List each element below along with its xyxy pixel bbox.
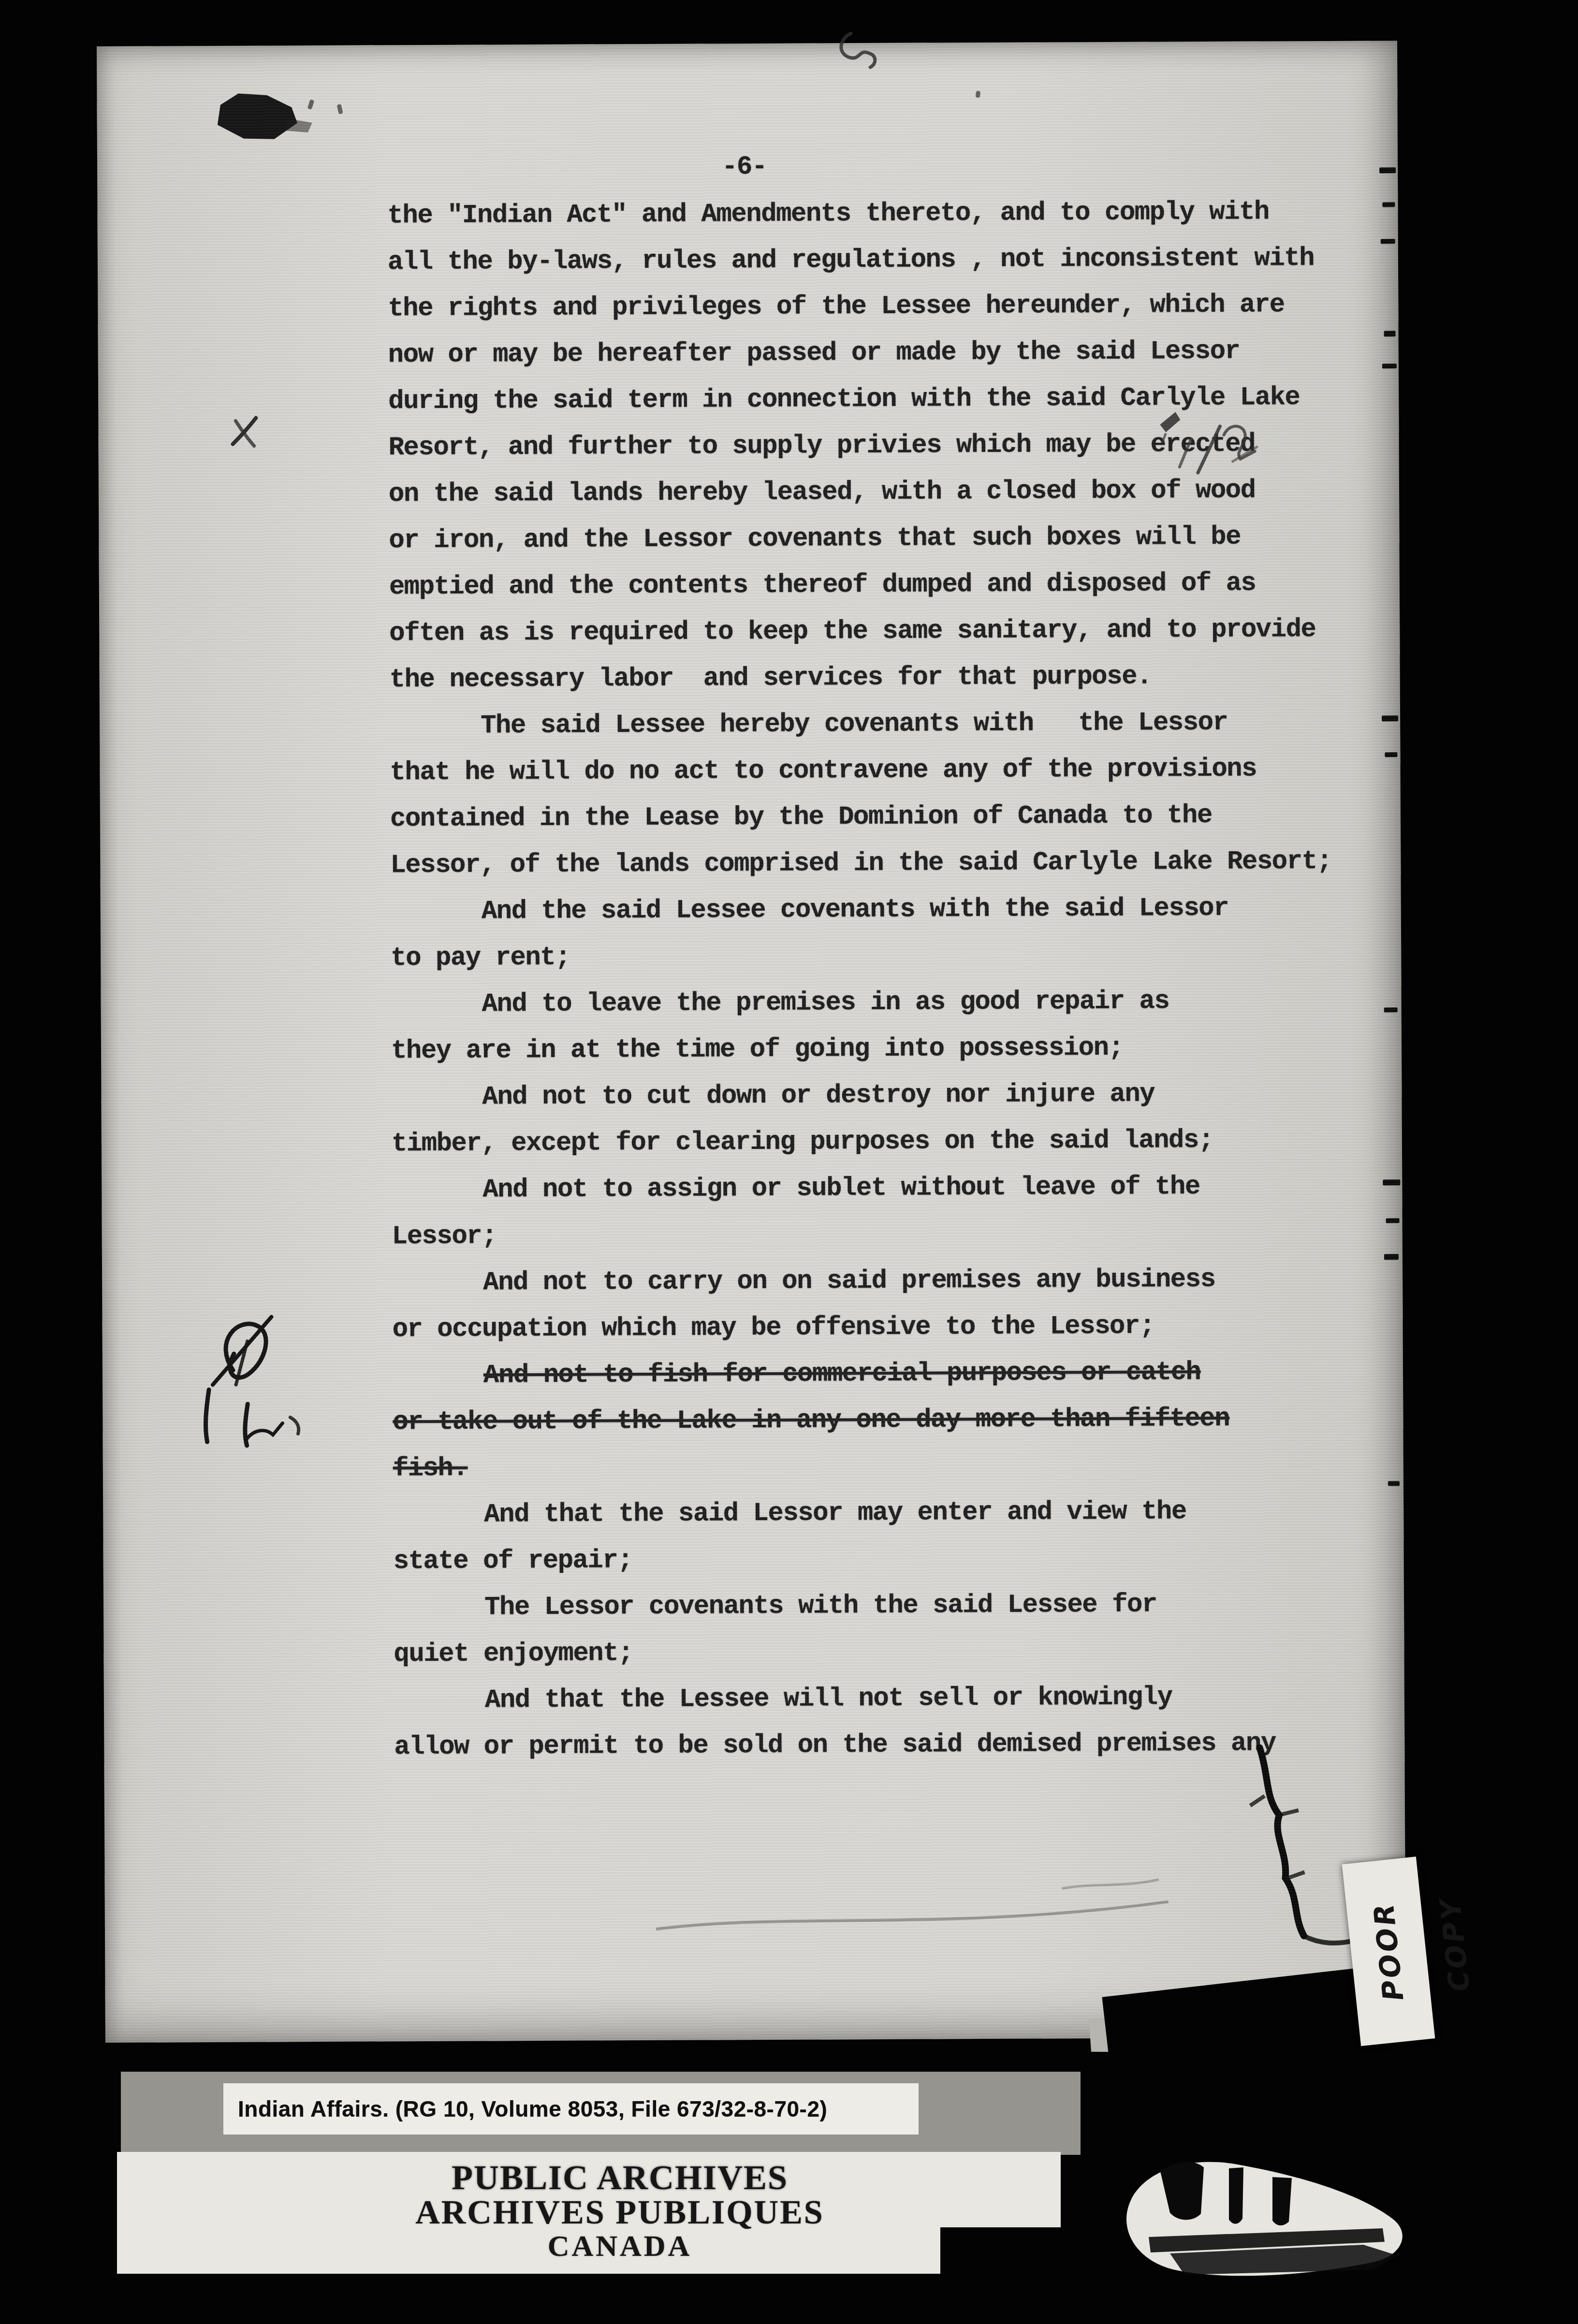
typed-line-1: the "Indian Act" and Amendments thereto,…	[387, 199, 1269, 230]
page-edge-tick	[1381, 239, 1395, 244]
typed-line-25: or occupation which may be offensive to …	[392, 1313, 1154, 1344]
stamp-paper-notch	[940, 2227, 1066, 2276]
typed-line-33: And that the Lessee will not sell or kno…	[485, 1684, 1172, 1714]
reference-label-text: Indian Affairs. (RG 10, Volume 8053, Fil…	[223, 2083, 919, 2135]
poor-copy-text: POOR COPY	[1346, 1862, 1431, 2041]
crease-line	[646, 1874, 1179, 1944]
typed-line-14: contained in the Lease by the Dominion o…	[390, 802, 1212, 833]
typed-line-17: to pay rent;	[391, 944, 570, 973]
typed-line-32: quiet enjoyment;	[394, 1640, 633, 1669]
page-edge-tick	[1384, 1254, 1399, 1260]
microfilm-background: -6- the "Indian Act" and Amendments ther…	[0, 0, 1578, 2324]
typed-line-6: Resort, and further to supply privies wh…	[389, 431, 1256, 463]
page-edge-tick	[1384, 1007, 1398, 1012]
typed-line-13: that he will do no act to contravene any…	[390, 756, 1257, 787]
typed-line-7: on the said lands hereby leased, with a …	[389, 478, 1256, 509]
typed-line-8: or iron, and the Lessor covenants that s…	[389, 524, 1241, 555]
typed-line-24: And not to carry on on said premises any…	[483, 1266, 1215, 1297]
stamp-line-archives-publiques: ARCHIVES PUBLIQUES	[165, 2195, 1074, 2230]
typed-line-15: Lessor, of the lands comprised in the sa…	[390, 848, 1331, 880]
typed-line-30: state of repair;	[394, 1547, 633, 1576]
typed-line-12: The said Lessee hereby covenants with th…	[481, 710, 1227, 740]
typed-line-10: often as is required to keep the same sa…	[389, 616, 1315, 648]
typed-line-20: And not to cut down or destroy nor injur…	[482, 1081, 1154, 1111]
paper-fiber-curl	[836, 29, 894, 77]
typed-line-9: emptied and the contents thereof dumped …	[389, 570, 1256, 602]
archives-stamp: PUBLIC ARCHIVES ARCHIVES PUBLIQUES CANAD…	[165, 2160, 1074, 2262]
page-edge-tick	[1382, 202, 1395, 207]
typed-line-34: allow or permit to be sold on the said d…	[394, 1730, 1276, 1761]
ink-speck	[976, 91, 981, 98]
stamp-line-public-archives: PUBLIC ARCHIVES	[165, 2160, 1074, 2195]
handwritten-x-mark	[228, 414, 276, 462]
typed-line-29: And that the said Lessor may enter and v…	[484, 1498, 1186, 1529]
typed-line-11: the necessary labor and services for tha…	[390, 663, 1152, 694]
reference-label: Indian Affairs. (RG 10, Volume 8053, Fil…	[223, 2083, 919, 2135]
page-edge-tick	[1388, 1481, 1400, 1486]
typed-line-26: And not to fish for commercial purposes …	[483, 1359, 1201, 1390]
page-edge-tick	[1385, 752, 1397, 757]
page-edge-tick	[1383, 1179, 1400, 1185]
typed-line-31: The Lessor covenants with the said Lesse…	[484, 1591, 1157, 1622]
page-edge-tick	[1386, 1218, 1400, 1223]
film-edge-artifact	[1102, 2127, 1431, 2301]
typed-line-22: And not to assign or sublet without leav…	[482, 1174, 1200, 1204]
typed-body: the "Indian Act" and Amendments thereto,…	[97, 41, 1397, 46]
typed-line-27: or take out of the Lake in any one day m…	[393, 1406, 1229, 1437]
page-edge-tick	[1384, 331, 1396, 336]
typed-line-3: the rights and privileges of the Lessee …	[388, 291, 1285, 323]
page-edge-tick	[1379, 167, 1396, 173]
page-edge-tick	[1382, 715, 1398, 721]
typed-line-18: And to leave the premises in as good rep…	[482, 988, 1169, 1018]
handwritten-initials-scrawl	[189, 1312, 335, 1467]
pencil-annotation	[1151, 405, 1277, 492]
page-edge-tick	[1382, 363, 1397, 368]
typed-line-19: they are in at the time of going into po…	[391, 1035, 1124, 1065]
typed-line-4: now or may be hereafter passed or made b…	[388, 338, 1240, 369]
document-page: -6- the "Indian Act" and Amendments ther…	[97, 41, 1406, 2043]
typed-line-16: And the said Lessee covenants with the s…	[482, 895, 1228, 926]
ink-blob	[213, 84, 358, 162]
stamp-line-canada: CANADA	[165, 2230, 1074, 2262]
typed-line-2: all the by-laws, rules and regulations ,…	[388, 245, 1314, 276]
typed-line-21: timber, except for clearing purposes on …	[392, 1127, 1213, 1158]
page-number: -6-	[722, 154, 767, 181]
typed-line-23: Lessor;	[392, 1223, 497, 1251]
typed-line-28: fish.	[393, 1455, 468, 1483]
